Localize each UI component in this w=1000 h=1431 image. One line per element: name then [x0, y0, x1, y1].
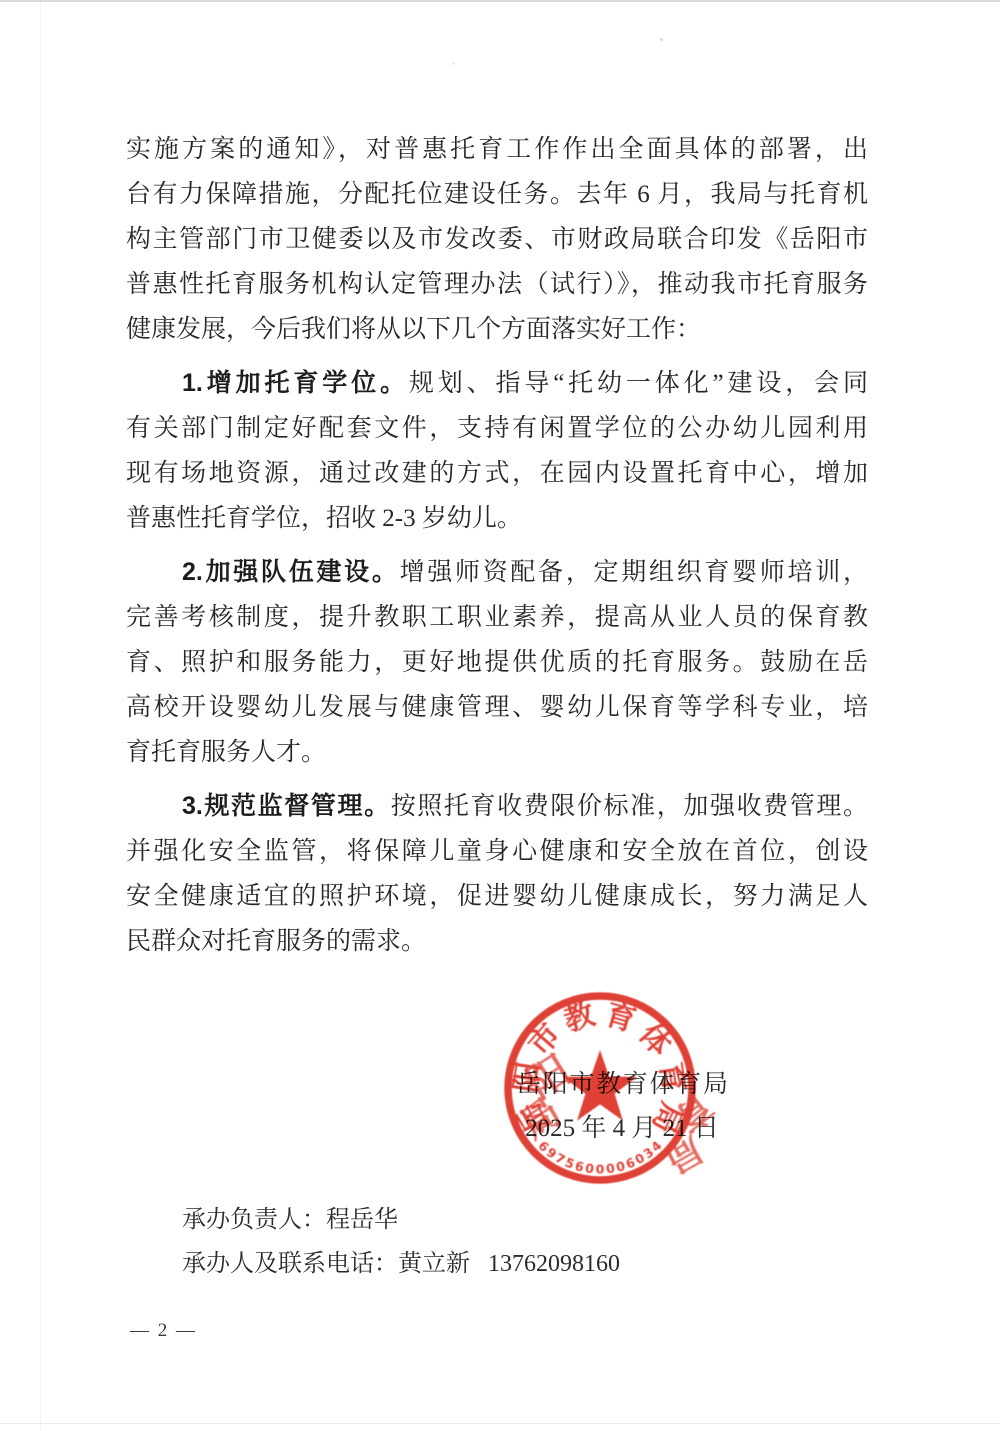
- contact-phone: 13762098160: [488, 1251, 620, 1277]
- body-line-text: 增强师资配备，定期组织育婴师培训，: [400, 559, 868, 586]
- paragraph-lead: 1.增加托育学位。: [182, 369, 409, 397]
- paragraph: 1.增加托育学位。规划、指导“托幼一体化”建设，会同有关部门制定好配套文件，支持…: [126, 361, 868, 541]
- body-line-text: 按照托育收费限价标准，加强收费管理。: [391, 793, 868, 820]
- body-line: 普惠性托育学位，招收 2-3 岁幼儿。: [126, 496, 868, 541]
- body-line: 高校开设婴幼儿发展与健康管理、婴幼儿保育等学科专业，培: [126, 685, 868, 730]
- body-line: 现有场地资源，通过改建的方式，在园内设置托育中心，增加: [126, 451, 868, 496]
- contact-handler-name: 黄立新: [398, 1251, 470, 1277]
- official-seal: 岳阳市教育体育局 4306000065796 阳局育局: [470, 958, 730, 1218]
- seal-glyph: 局: [658, 1128, 709, 1181]
- body-line: 1.增加托育学位。规划、指导“托幼一体化”建设，会同: [126, 361, 868, 406]
- paragraph: 实施方案的通知》，对普惠托育工作作出全面具体的部署，出台有力保障措施，分配托位建…: [126, 127, 868, 352]
- body-line-text: 规划、指导“托幼一体化”建设，会同: [409, 370, 868, 397]
- body-line: 育、照护和服务能力，更好地提供优质的托育服务。鼓励在岳: [126, 640, 868, 685]
- body-line: 完善考核制度，提升教职工职业素养，提高从业人员的保育教: [126, 595, 868, 640]
- scan-speck: [452, 62, 455, 65]
- body-line: 实施方案的通知》，对普惠托育工作作出全面具体的部署，出: [126, 127, 868, 172]
- paragraph: 3.规范监督管理。按照托育收费限价标准，加强收费管理。并强化安全监管，将保障儿童…: [126, 784, 868, 964]
- body-line: 育托育服务人才。: [126, 730, 868, 775]
- scan-edge-bottom: [0, 1423, 1000, 1424]
- seal-glyph: 0: [584, 1160, 595, 1176]
- body-line: 3.规范监督管理。按照托育收费限价标准，加强收费管理。: [126, 784, 868, 829]
- contact-manager-label: 承办负责人：: [182, 1207, 326, 1233]
- body-line: 2.加强队伍建设。增强师资配备，定期组织育婴师培训，: [126, 550, 868, 595]
- document-page: 实施方案的通知》，对普惠托育工作作出全面具体的部署，出台有力保障措施，分配托位建…: [0, 0, 1000, 1431]
- paragraph: 2.加强队伍建设。增强师资配备，定期组织育婴师培训，完善考核制度，提升教职工职业…: [126, 550, 868, 775]
- body-line: 台有力保障措施，分配托位建设任务。去年 6 月，我局与托育机: [126, 172, 868, 217]
- body-line: 构主管部门市卫健委以及市发改委、市财政局联合印发《岳阳市: [126, 217, 868, 262]
- contact-manager-name: 程岳华: [326, 1207, 398, 1233]
- paragraph-lead: 2.加强队伍建设。: [182, 558, 400, 586]
- body-line: 并强化安全监管，将保障儿童身心健康和安全放在首位，创设: [126, 829, 868, 874]
- paragraph-lead: 3.规范监督管理。: [182, 792, 391, 820]
- body-text: 实施方案的通知》，对普惠托育工作作出全面具体的部署，出台有力保障措施，分配托位建…: [126, 127, 868, 964]
- seal-glyph: 0: [596, 1162, 605, 1177]
- contact-handler-label: 承办人及联系电话：: [182, 1251, 398, 1277]
- body-line: 安全健康适宜的照护环境，促进婴幼儿健康成长，努力满足人: [126, 874, 868, 919]
- seal-glyph: 教: [561, 998, 600, 1038]
- scan-edge-top: [0, 0, 1000, 2]
- body-line: 有关部门制定好配套文件，支持有闲置学位的公办幼儿园利用: [126, 406, 868, 451]
- contact-handler-line: 承办人及联系电话：黄立新13762098160: [182, 1242, 620, 1286]
- body-line: 普惠性托育服务机构认定管理办法（试行）》，推动我市托育服务: [126, 262, 868, 307]
- body-line: 健康发展，今后我们将从以下几个方面落实好工作：: [126, 307, 868, 352]
- contact-manager-line: 承办负责人：程岳华: [182, 1198, 620, 1242]
- seal-glyph: 育: [654, 1060, 692, 1095]
- scan-speck: [660, 38, 663, 41]
- page-number: — 2 —: [130, 1320, 197, 1342]
- contact-block: 承办负责人：程岳华 承办人及联系电话：黄立新13762098160: [182, 1198, 620, 1286]
- scan-edge-left: [40, 0, 41, 1431]
